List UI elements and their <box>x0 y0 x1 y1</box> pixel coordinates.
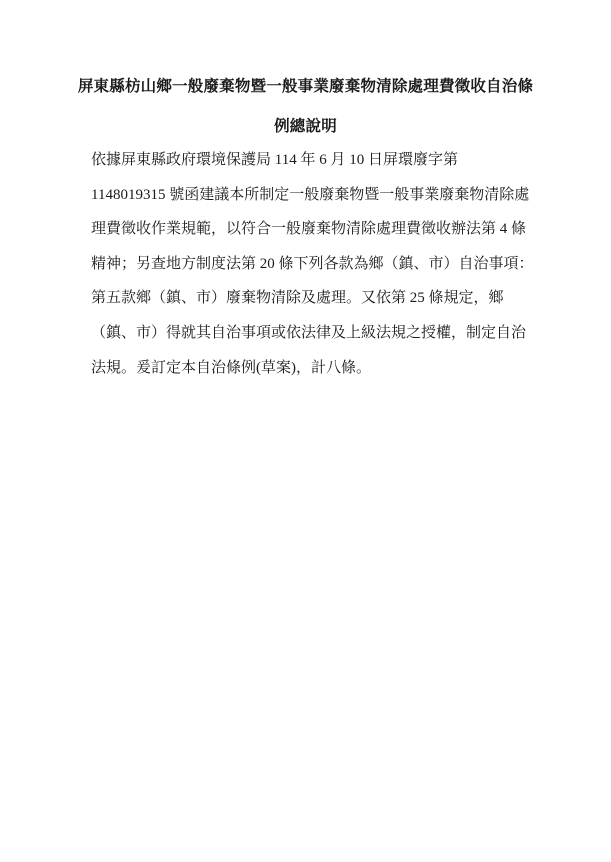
document-page: 屏東縣枋山鄉一般廢棄物暨一般事業廢棄物清除處理費徵收自治條 例總說明 依據屏東縣… <box>0 0 611 862</box>
document-title: 屏東縣枋山鄉一般廢棄物暨一般事業廢棄物清除處理費徵收自治條 例總說明 <box>0 67 611 147</box>
body-line-1: 依據屏東縣政府環境保護局 114 年 6 月 10 日屏環廢字第 <box>91 143 531 178</box>
body-line-3: 理費徵收作業規範，以符合一般廢棄物清除處理費徵收辦法第 4 條 <box>91 212 531 247</box>
body-line-7: 法規。爰訂定本自治條例(草案)，計八條。 <box>91 351 531 386</box>
body-line-6: （鎮、市）得就其自治事項或依法律及上級法規之授權，制定自治 <box>91 316 531 351</box>
body-line-4: 精神；另查地方制度法第 20 條下列各款為鄉（鎮、市）自治事項： <box>91 247 531 282</box>
body-line-2: 1148019315 號函建議本所制定一般廢棄物暨一般事業廢棄物清除處 <box>91 178 531 213</box>
document-body-paragraph: 依據屏東縣政府環境保護局 114 年 6 月 10 日屏環廢字第 1148019… <box>91 143 531 385</box>
document-title-line-2: 例總說明 <box>0 107 611 147</box>
body-line-5: 第五款鄉（鎮、市）廢棄物清除及處理。又依第 25 條規定，鄉 <box>91 281 531 316</box>
document-title-line-1: 屏東縣枋山鄉一般廢棄物暨一般事業廢棄物清除處理費徵收自治條 <box>0 67 611 107</box>
